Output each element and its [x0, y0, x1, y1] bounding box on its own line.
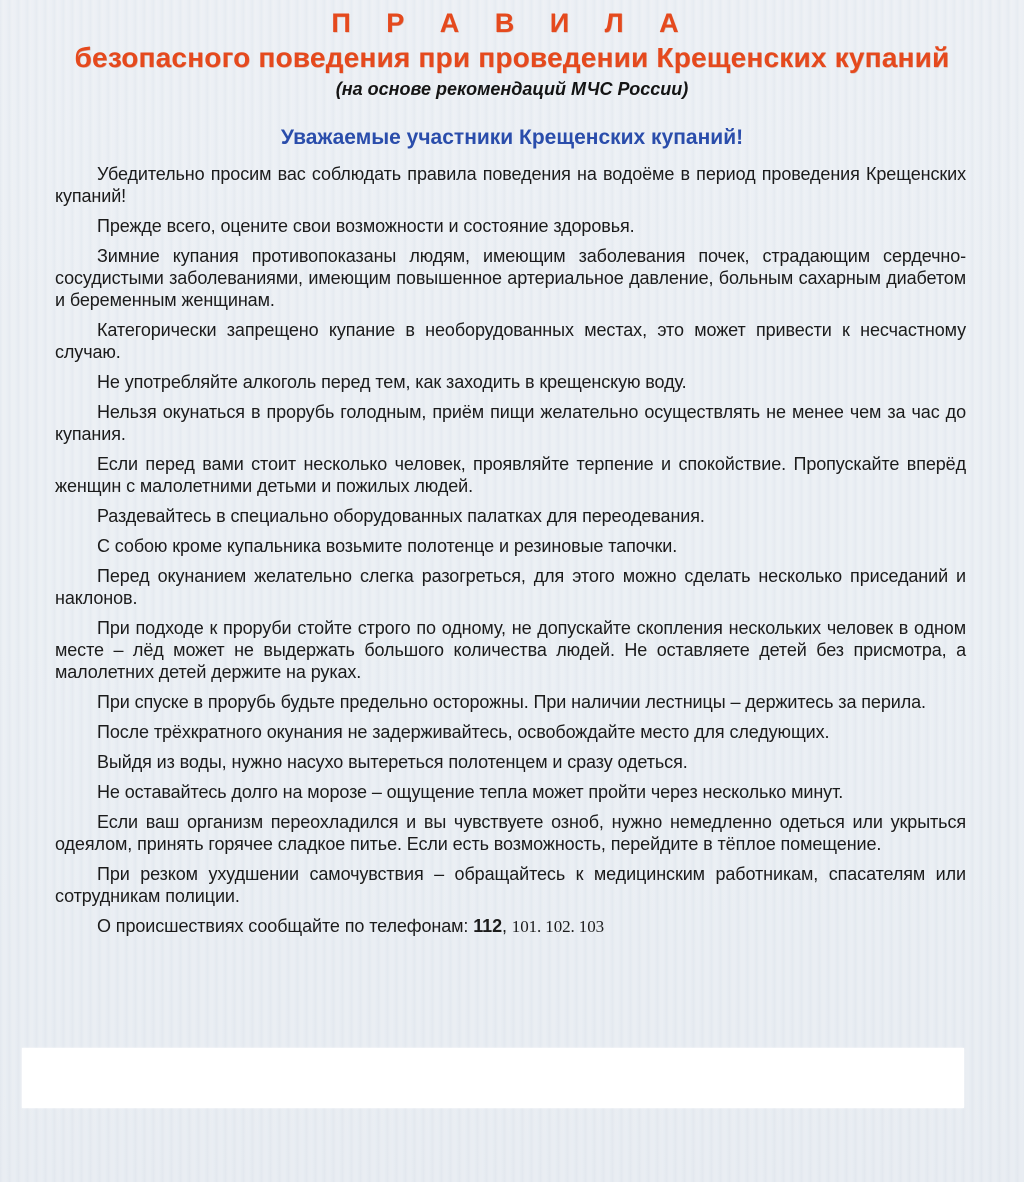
paragraph: Если перед вами стоит несколько человек,…	[55, 453, 966, 497]
emergency-label: О происшествиях сообщайте по телефонам:	[97, 916, 473, 936]
blank-white-area	[22, 1048, 964, 1108]
paragraph: При резком ухудшении самочувствия – обра…	[55, 863, 966, 907]
paragraph: Убедительно просим вас соблюдать правила…	[55, 163, 966, 207]
paragraph: При спуске в прорубь будьте предельно ос…	[55, 691, 966, 713]
paragraph: Выйдя из воды, нужно насухо вытереться п…	[55, 751, 966, 773]
document-header: П Р А В И Л А безопасного поведения при …	[0, 0, 1024, 151]
emergency-number-112: 112	[473, 916, 502, 936]
paragraph: С собою кроме купальника возьмите полоте…	[55, 535, 966, 557]
paragraph: Не употребляйте алкоголь перед тем, как …	[55, 371, 966, 393]
emergency-numbers-other: 101. 102. 103	[512, 917, 604, 936]
greeting-heading: Уважаемые участники Крещенских купаний!	[0, 125, 1024, 151]
paragraph: Нельзя окунаться в прорубь голодным, при…	[55, 401, 966, 445]
paragraph: Не оставайтесь долго на морозе – ощущени…	[55, 781, 966, 803]
paragraph: Раздевайтесь в специально оборудованных …	[55, 505, 966, 527]
rules-text-block: Убедительно просим вас соблюдать правила…	[55, 163, 966, 946]
paragraph: Зимние купания противопоказаны людям, им…	[55, 245, 966, 311]
emergency-phones-line: О происшествиях сообщайте по телефонам: …	[55, 915, 966, 938]
paragraph: После трёхкратного окунания не задержива…	[55, 721, 966, 743]
paragraph: Если ваш организм переохладился и вы чув…	[55, 811, 966, 855]
paragraph: При подходе к проруби стойте строго по о…	[55, 617, 966, 683]
paragraph: Прежде всего, оцените свои возможности и…	[55, 215, 966, 237]
paragraph: Перед окунанием желательно слегка разогр…	[55, 565, 966, 609]
document-title: П Р А В И Л А	[0, 6, 1024, 40]
paragraph: Категорически запрещено купание в необор…	[55, 319, 966, 363]
scanned-document-page: П Р А В И Л А безопасного поведения при …	[0, 0, 1024, 1182]
basis-note: (на основе рекомендаций МЧС России)	[0, 77, 1024, 101]
document-subtitle: безопасного поведения при проведении Кре…	[0, 42, 1024, 74]
emergency-separator: ,	[502, 916, 512, 936]
